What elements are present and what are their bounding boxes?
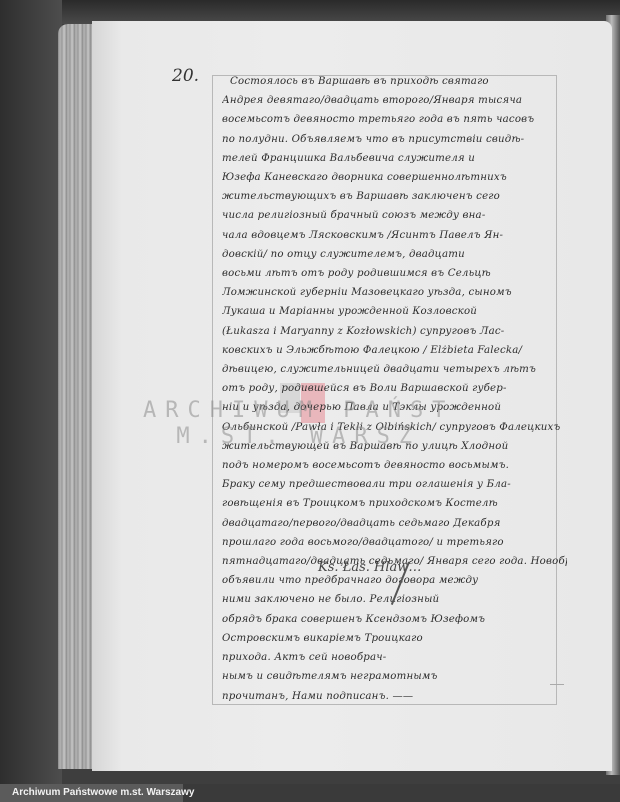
text-line: Состоялось въ Варшавѣ въ приходѣ святаго	[222, 72, 567, 91]
text-line: нымъ и свидѣтелямъ неграмотнымъ	[222, 667, 567, 686]
text-line: говѣщенія въ Троицкомъ приходскомъ Косте…	[222, 494, 567, 513]
entry-number: 20.	[172, 66, 199, 86]
text-line: прошлаго года восьмого/двадцатого/ и тре…	[222, 533, 567, 552]
text-line: по полудни. Объявляемъ что въ присутстві…	[222, 130, 567, 149]
text-line: восьми лѣтъ отъ роду родившимся въ Сельц…	[222, 264, 567, 283]
text-line: двадцатаго/первого/двадцать седьмаго Дек…	[222, 514, 567, 533]
text-line: Островскимъ викаріемъ Троицкаго	[222, 629, 567, 648]
handwritten-record-text: Состоялось въ Варшавѣ въ приходѣ святаго…	[222, 72, 567, 706]
text-line: Браку сему предшествовали три оглашенія …	[222, 475, 567, 494]
text-line: подъ номеромъ восемьсотъ девяносто восьм…	[222, 456, 567, 475]
text-line: Лукаша и Маріанны урожденной Козловской	[222, 302, 567, 321]
text-line: прочитанъ, Нами подписанъ. ——	[222, 687, 567, 706]
text-line: Ломжинской губерніи Мазовецкаго уѣзда, с…	[222, 283, 567, 302]
text-line: жительствующихъ въ Варшавѣ заключенъ сег…	[222, 187, 567, 206]
text-line: Андрея девятаго/двадцать второго/Января …	[222, 91, 567, 110]
text-line: (Łukasza i Maryanny z Kozłowskich) супру…	[222, 322, 567, 341]
text-line: чала вдовцемъ Лясковскимъ /Ясинтъ Павелъ…	[222, 226, 567, 245]
text-line: Юзефа Каневскаго дворника совершеннолѣтн…	[222, 168, 567, 187]
text-line: отъ роду, родившейся въ Воли Варшавской …	[222, 379, 567, 398]
archive-watermark: ARCHIWUM PAŃST M.ST. WARSZ	[143, 398, 454, 450]
text-line: числа религіозный брачный союзъ между вн…	[222, 206, 567, 225]
text-line: восемьсотъ девяносто третьяго года въ пя…	[222, 110, 567, 129]
text-line: прихода. Актъ сей новобрач-	[222, 648, 567, 667]
watermark-line-1: ARCHIWUM PAŃST	[143, 398, 454, 424]
text-line: телей Францишка Вальбевича служителя и	[222, 149, 567, 168]
watermark-line-2: M.ST. WARSZ	[143, 424, 454, 450]
text-line: обрядъ брака совершенъ Ксендзомъ Юзефомъ	[222, 610, 567, 629]
text-line: дѣвицею, служительницей двадцати четырех…	[222, 360, 567, 379]
text-line: ковскихъ и Эльжбѣтою Фалецкою / Elżbieta…	[222, 341, 567, 360]
text-line: довскій/ по отцу служителемъ, двадцати	[222, 245, 567, 264]
archive-caption: Archiwum Państwowe m.st. Warszawy	[0, 784, 183, 802]
scan-background-left	[0, 0, 62, 802]
